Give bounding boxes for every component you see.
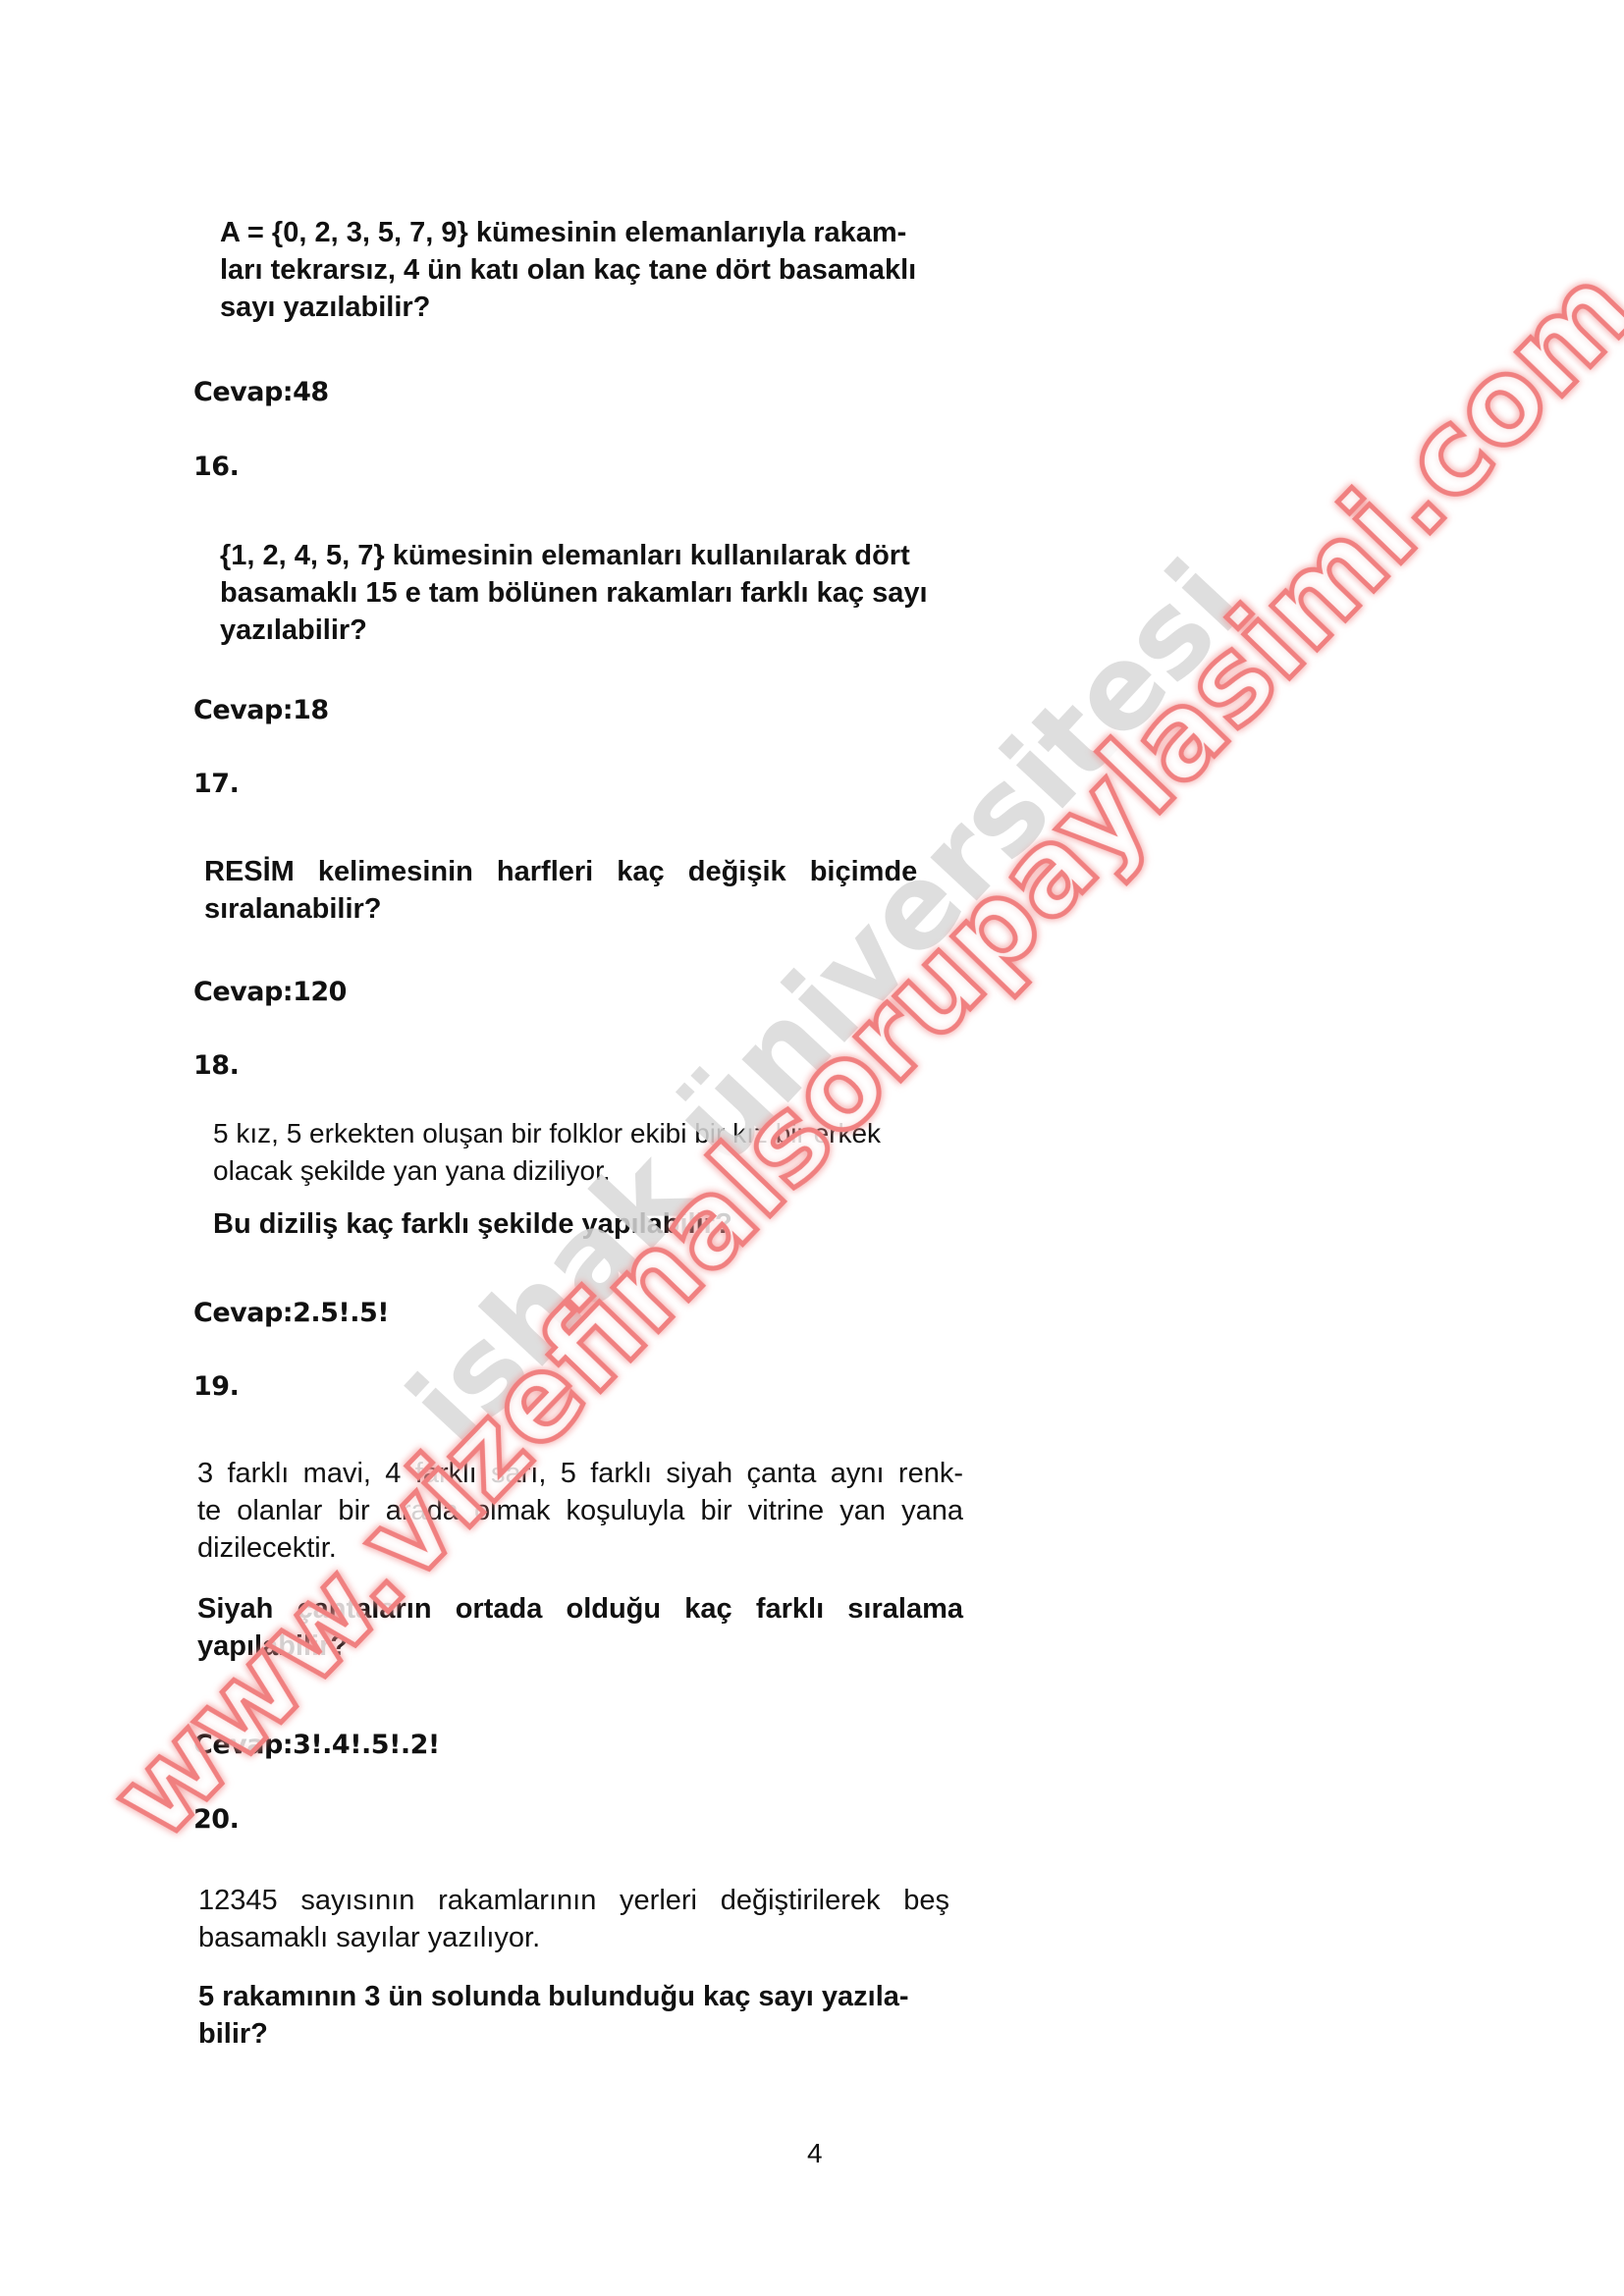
text-line: dizilecektir. xyxy=(197,1529,963,1567)
answer-18: Cevap:2.5!.5! xyxy=(193,1298,389,1328)
question-16-text: {1, 2, 4, 5, 7} kümesinin elemanları kul… xyxy=(220,537,966,649)
question-number-17: 17. xyxy=(193,769,239,799)
text-line: olacak şekilde yan yana diziliyor. xyxy=(213,1152,959,1190)
answer-15: Cevap:48 xyxy=(193,377,329,407)
text-line: ları tekrarsız, 4 ün katı olan kaç tane … xyxy=(220,251,966,289)
text-line: basamaklı 15 e tam bölünen rakamları far… xyxy=(220,574,966,612)
text-line: basamaklı sayılar yazılıyor. xyxy=(198,1919,949,1956)
text-line: te olanlar bir arada olmak koşuluyla bir… xyxy=(197,1492,963,1529)
answer-16: Cevap:18 xyxy=(193,695,329,725)
question-19-prompt: Siyah çantaların ortada olduğu kaç farkl… xyxy=(197,1590,963,1665)
question-18-prompt: Bu diziliş kaç farklı şekilde yapılabili… xyxy=(213,1205,959,1243)
text-line: sıralanabilir? xyxy=(204,890,950,928)
question-20-stem: 12345 sayısının rakamlarının yerleri değ… xyxy=(198,1882,949,1956)
text-line: RESİM kelimesinin harfleri kaç değişik b… xyxy=(204,853,950,890)
text-line: {1, 2, 4, 5, 7} kümesinin elemanları kul… xyxy=(220,537,966,574)
question-20-prompt: 5 rakamının 3 ün solunda bulunduğu kaç s… xyxy=(198,1978,949,2053)
text-line: 12345 sayısının rakamlarının yerleri değ… xyxy=(198,1882,949,1919)
answer-17: Cevap:120 xyxy=(193,977,347,1007)
question-15-text: A = {0, 2, 3, 5, 7, 9} kümesinin elemanl… xyxy=(220,214,966,326)
question-number-18: 18. xyxy=(193,1050,239,1081)
text-line: bilir? xyxy=(198,2015,949,2053)
answer-19: Cevap:3!.4!.5!.2! xyxy=(193,1730,440,1760)
text-line: yazılabilir? xyxy=(220,612,966,649)
text-line: yapılabilir? xyxy=(197,1628,963,1665)
text-line: A = {0, 2, 3, 5, 7, 9} kümesinin elemanl… xyxy=(220,214,966,251)
question-17-text: RESİM kelimesinin harfleri kaç değişik b… xyxy=(204,853,950,928)
watermark-gray-text: ishak üniversitesi xyxy=(383,535,1269,1471)
text-line: 3 farklı mavi, 4 farklı sarı, 5 farklı s… xyxy=(197,1455,963,1492)
page-number: 4 xyxy=(807,2138,823,2169)
question-19-stem: 3 farklı mavi, 4 farklı sarı, 5 farklı s… xyxy=(197,1455,963,1567)
question-18-stem: 5 kız, 5 erkekten oluşan bir folklor eki… xyxy=(213,1115,959,1190)
question-number-19: 19. xyxy=(193,1371,239,1402)
question-number-16: 16. xyxy=(193,452,239,482)
document-page: A = {0, 2, 3, 5, 7, 9} kümesinin elemanl… xyxy=(0,0,1624,2296)
text-line: 5 rakamının 3 ün solunda bulunduğu kaç s… xyxy=(198,1978,949,2015)
text-line: 5 kız, 5 erkekten oluşan bir folklor eki… xyxy=(213,1115,959,1152)
text-line: sayı yazılabilir? xyxy=(220,289,966,326)
question-number-20: 20. xyxy=(193,1804,239,1835)
text-line: Siyah çantaların ortada olduğu kaç farkl… xyxy=(197,1590,963,1628)
